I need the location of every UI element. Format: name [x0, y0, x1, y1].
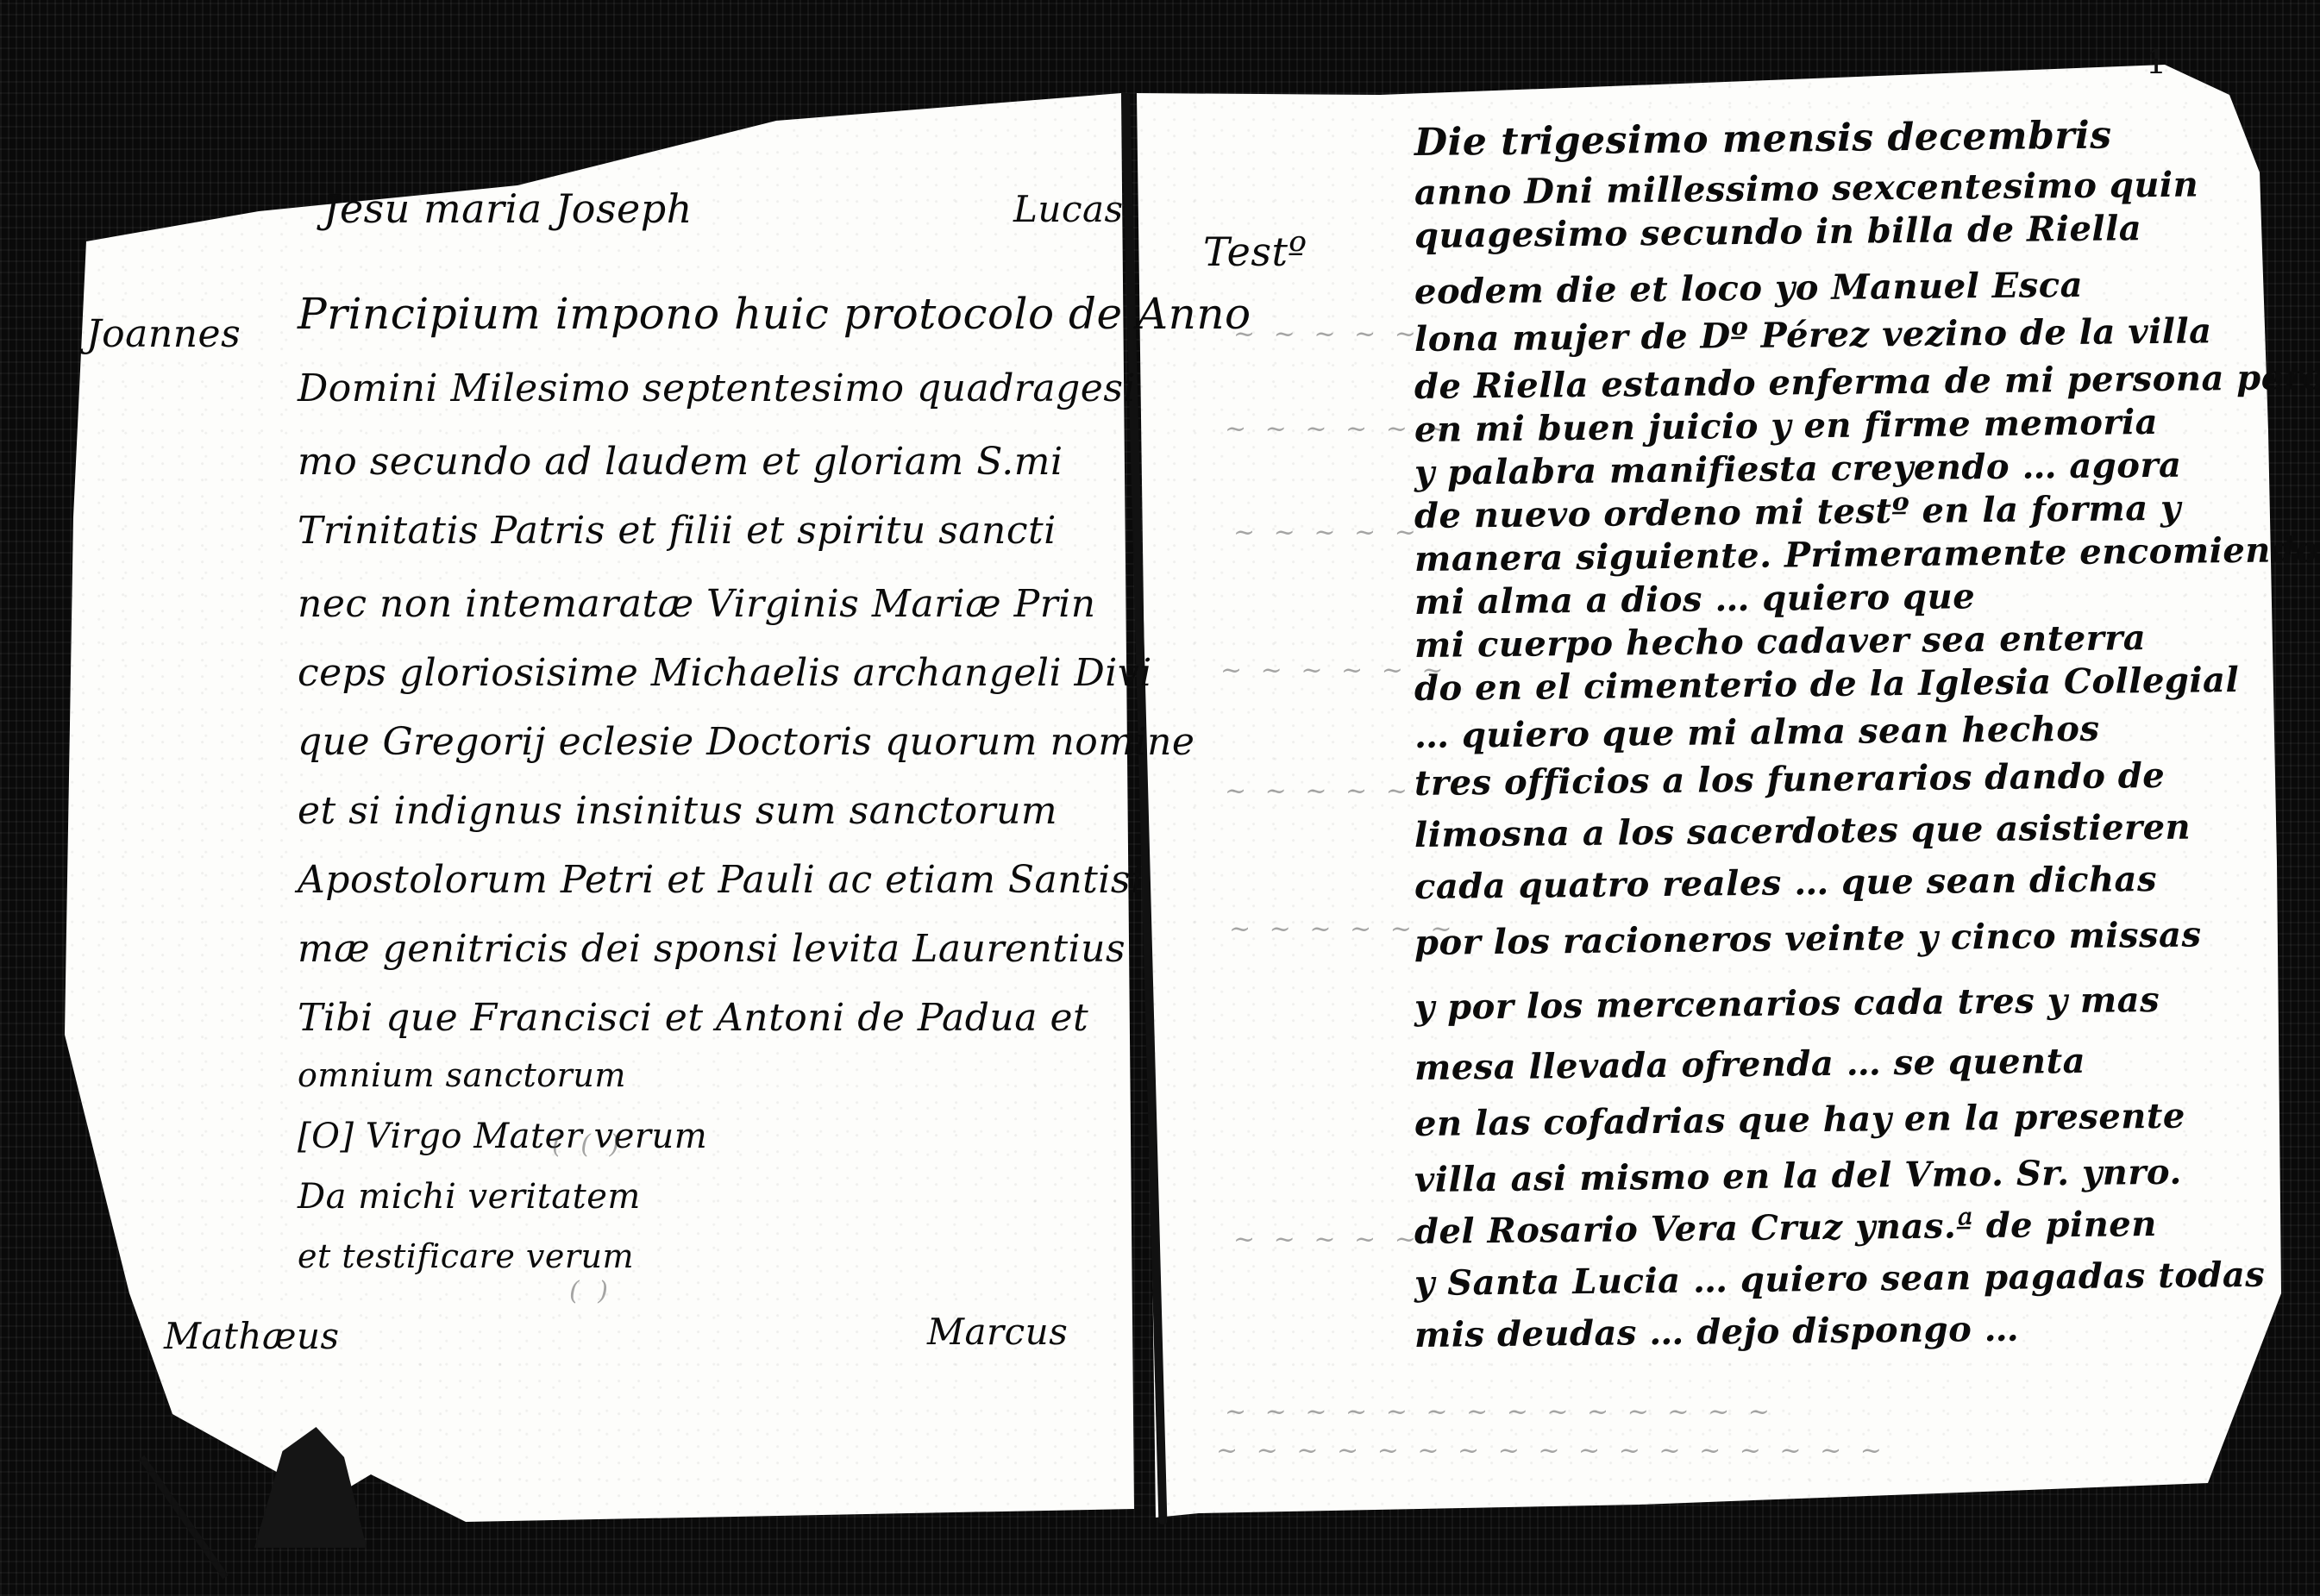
page-number: 1	[2146, 43, 2166, 81]
left-line: Da michi veritatem	[298, 1177, 641, 1217]
right-line: anno Dni millessimo sexcentesimo quin	[1414, 164, 2199, 213]
binding-string	[139, 1455, 229, 1580]
bleed-through-text: ~ ~ ~ ~ ~	[1233, 319, 1421, 349]
right-line: lona mujer de Dº Pérez vezino de la vill…	[1414, 310, 2212, 360]
left-line: [O] Virgo Mater verum	[298, 1117, 707, 1156]
bleed-through-text: ~ ~ ~ ~ ~	[1233, 1224, 1421, 1255]
right-line: … quiero que mi alma sean hechos	[1414, 709, 2100, 756]
right-line: y por los mercenarios cada tres y mas	[1414, 980, 2160, 1028]
left-line: Tibi que Francisci et Antoni de Padua et	[298, 996, 1088, 1040]
corner-name-marcus: Marcus	[927, 1311, 1068, 1353]
bleed-through-text: ~ ~ ~ ~ ~	[1225, 776, 1413, 806]
bleed-through-text: ~ ~ ~ ~ ~	[1233, 517, 1421, 548]
left-line: mæ genitricis dei sponsi levita Laurenti…	[298, 927, 1126, 971]
bleed-through-text: ~ ~ ~ ~ ~ ~	[1220, 655, 1449, 685]
left-line: ceps gloriosisime Michaelis archangeli D…	[298, 651, 1152, 695]
right-line: y palabra manifiesta creyendo … agora	[1414, 445, 2182, 493]
left-page-header: Jesu maria Joseph	[323, 185, 693, 232]
left-line: Principium impono huic protocolo de Anno	[298, 289, 1251, 339]
corner-name-lucas: Lucas	[1013, 188, 1124, 230]
right-line: eodem die et loco yo Manuel Esca	[1414, 265, 2084, 312]
corner-name-mathaeus: Mathæus	[164, 1315, 340, 1357]
right-line: de nuevo ordeno mi testº en la forma y	[1414, 488, 2181, 536]
left-line: mo secundo ad laudem et gloriam S.mi	[298, 440, 1063, 484]
left-line: Apostolorum Petri et Pauli ac etiam Sant…	[298, 858, 1144, 902]
left-line: Domini Milesimo septentesimo quadragesi	[298, 366, 1136, 410]
right-line: en las cofadrias que hay en la presente	[1414, 1096, 2185, 1144]
bleed-through-text: ~ ~ ~ ~ ~ ~	[1225, 414, 1453, 444]
right-line: mi alma a dios … quiero que	[1414, 576, 1976, 623]
margin-note-testamento: Testº	[1203, 228, 1307, 275]
bleed-through-text: ~ ~ ~ ~ ~ ~ ~ ~ ~ ~ ~ ~ ~ ~	[1225, 1397, 1775, 1427]
right-line: quagesimo secundo in billa de Riella	[1414, 208, 2142, 256]
right-line: do en el cimenterio de la Iglesia Colleg…	[1414, 660, 2240, 709]
bleed-through-text: ~ ~ ~ ~ ~ ~	[1229, 914, 1458, 944]
right-line: Die trigesimo mensis decembris	[1414, 114, 2112, 165]
bleed-through-mark: ( )	[569, 1276, 613, 1306]
left-line: et testificare verum	[298, 1237, 634, 1275]
left-line: et si indignus insinitus sum sanctorum	[298, 789, 1057, 833]
right-line: mi cuerpo hecho cadaver sea enterra	[1414, 617, 2147, 666]
left-line: nec non intemaratæ Virginis Mariæ Prin	[298, 582, 1096, 626]
right-line: mesa llevada ofrenda … se quenta	[1414, 1041, 2086, 1088]
right-line: cada quatro reales … que sean dichas	[1414, 859, 2157, 907]
right-line: por los racioneros veinte y cinco missas	[1414, 914, 2202, 963]
right-line: mis deudas … dejo dispongo …	[1414, 1309, 2020, 1355]
right-line: tres officios a los funerarios dando de	[1414, 755, 2166, 804]
left-line: que Gregorij eclesie Doctoris quorum nom…	[298, 720, 1194, 764]
right-line: en mi buen juicio y en firme memoria	[1414, 402, 2159, 450]
bleed-through-text: ~ ~ ~ ~ ~ ~ ~ ~ ~ ~ ~ ~ ~ ~ ~ ~ ~	[1216, 1436, 1887, 1466]
right-line: limosna a los sacerdotes que asistieren	[1414, 807, 2191, 855]
right-line: villa asi mismo en la del Vmo. Sr. ynro.	[1414, 1152, 2182, 1200]
left-line: omnium sanctorum	[298, 1056, 626, 1094]
bleed-through-mark: ( ( )	[552, 1130, 624, 1160]
right-line: del Rosario Vera Cruz ynas.ª de pinen	[1414, 1204, 2157, 1252]
left-line: Trinitatis Patris et filii et spiritu sa…	[298, 509, 1057, 553]
corner-name-joannes: Joannes	[86, 312, 241, 356]
